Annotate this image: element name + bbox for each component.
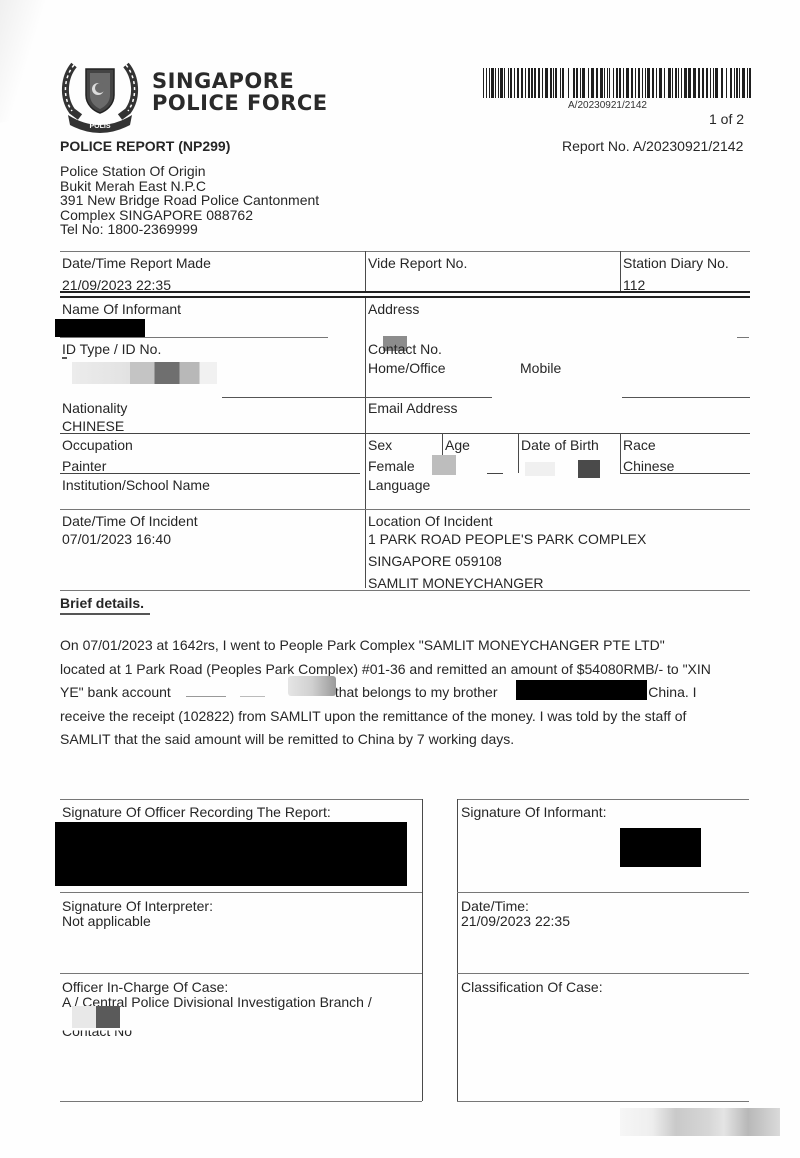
- barcode-bar: [525, 68, 526, 98]
- barcode-bar: [483, 68, 484, 98]
- incident-location-line: SAMLIT MONEYCHANGER: [368, 575, 544, 591]
- report-number: Report No. A/20230921/2142: [562, 138, 743, 154]
- interpreter-signature-label: Signature Of Interpreter:: [62, 899, 213, 914]
- redacted-brother-name: [516, 680, 647, 700]
- barcode-bar: [511, 68, 512, 98]
- incident-datetime-value: 07/01/2023 16:40: [62, 531, 171, 547]
- nationality-value: CHINESE: [62, 418, 124, 434]
- barcode-bar: [582, 68, 584, 98]
- barcode-bar: [573, 68, 575, 98]
- barcode-bar: [498, 68, 500, 98]
- divider: [487, 473, 503, 474]
- barcode-bar: [693, 68, 694, 98]
- barcode-bar: [706, 68, 708, 98]
- institution-label: Institution/School Name: [62, 477, 210, 493]
- barcode-bar: [500, 68, 502, 98]
- classification-label: Classification Of Case:: [461, 980, 603, 995]
- barcode-bar: [747, 68, 748, 98]
- divider: [737, 337, 749, 338]
- mobile-label: Mobile: [520, 360, 561, 376]
- brief-line-segment: that belongs to my brother: [335, 684, 498, 700]
- divider: [457, 799, 749, 800]
- divider: [60, 1101, 422, 1102]
- barcode-bar: [739, 68, 741, 98]
- barcode-bar: [613, 68, 614, 98]
- barcode-bar: [486, 68, 487, 98]
- barcode-bar: [609, 68, 610, 98]
- barcode-bar: [656, 68, 657, 98]
- barcode-bar: [535, 68, 536, 98]
- divider: [620, 251, 621, 293]
- barcode-bar: [623, 68, 625, 98]
- barcode: [483, 68, 753, 98]
- double-divider: [60, 296, 750, 298]
- brief-line: SAMLIT that the said amount will be remi…: [60, 728, 760, 752]
- barcode-bar: [631, 68, 633, 98]
- divider: [622, 397, 750, 398]
- brief-line-segment: YE" bank account: [60, 684, 171, 700]
- barcode-bar: [556, 68, 558, 98]
- interpreter-signature-value: Not applicable: [62, 914, 151, 929]
- account-underline: [240, 696, 265, 697]
- home-office-label: Home/Office: [368, 360, 446, 376]
- barcode-bar: [521, 68, 523, 98]
- barcode-bar: [734, 68, 735, 98]
- barcode-bar: [596, 68, 598, 98]
- brief-details-text: On 07/01/2023 at 1642rs, I went to Peopl…: [60, 634, 760, 752]
- barcode-bar: [619, 68, 621, 98]
- divider: [60, 433, 750, 434]
- form-title: POLICE REPORT (NP299): [60, 138, 230, 154]
- redacted-age: [432, 455, 456, 475]
- brand-name: SINGAPORE POLICE FORCE: [152, 70, 328, 114]
- id-fragment: [62, 357, 67, 359]
- barcode-bar: [562, 68, 564, 98]
- barcode-bar: [517, 68, 519, 98]
- station-line: Police Station Of Origin: [60, 164, 319, 179]
- barcode-bar: [730, 68, 732, 98]
- barcode-bar: [668, 68, 670, 98]
- station-diary-label: Station Diary No.: [623, 255, 729, 271]
- brand-line-2: POLICE FORCE: [152, 92, 328, 114]
- officer-signature-label: Signature Of Officer Recording The Repor…: [62, 805, 331, 820]
- divider: [518, 433, 519, 473]
- age-label: Age: [445, 437, 470, 453]
- barcode-bar: [593, 68, 595, 98]
- redacted-dob: [578, 460, 600, 478]
- barcode-bar: [742, 68, 744, 98]
- incident-location-label: Location Of Incident: [368, 513, 493, 529]
- barcode-bar: [659, 68, 661, 98]
- barcode-bar: [647, 68, 649, 98]
- barcode-bar: [715, 68, 717, 98]
- barcode-bar: [664, 68, 665, 98]
- barcode-bar: [600, 68, 602, 98]
- divider: [457, 973, 749, 974]
- brief-line: located at 1 Park Road (Peoples Park Com…: [60, 658, 760, 682]
- report-datetime-label: Date/Time Report Made: [62, 255, 211, 271]
- barcode-bar: [504, 68, 506, 98]
- barcode-bar: [675, 68, 677, 98]
- incident-datetime-label: Date/Time Of Incident: [62, 513, 198, 529]
- barcode-bar: [688, 68, 690, 98]
- barcode-bar: [726, 68, 727, 98]
- vide-report-label: Vide Report No.: [368, 255, 467, 271]
- barcode-bar: [538, 68, 540, 98]
- address-label: Address: [368, 301, 419, 317]
- barcode-bar: [607, 68, 608, 98]
- barcode-bar: [652, 68, 654, 98]
- divider: [457, 892, 749, 893]
- barcode-bar: [713, 68, 714, 98]
- brief-line: On 07/01/2023 at 1642rs, I went to Peopl…: [60, 634, 760, 658]
- barcode-bar: [686, 68, 687, 98]
- station-line: Tel No: 1800-2369999: [60, 222, 319, 237]
- occupation-value: Painter: [62, 458, 106, 474]
- incident-location-line: SINGAPORE 059108: [368, 553, 502, 569]
- id-type-label: ID Type / ID No.: [62, 341, 161, 357]
- barcode-bar: [542, 68, 543, 98]
- barcode-bar: [508, 68, 509, 98]
- svg-text:POLIS: POLIS: [89, 123, 110, 130]
- barcode-bar: [672, 68, 674, 98]
- divider: [365, 298, 366, 588]
- divider: [60, 590, 750, 591]
- divider: [60, 251, 750, 252]
- barcode-bar: [580, 68, 581, 98]
- barcode-bar: [736, 68, 738, 98]
- barcode-bar: [576, 68, 578, 98]
- signature-datetime-label: Date/Time:: [461, 899, 529, 914]
- officer-in-charge-label: Officer In-Charge Of Case:: [62, 980, 228, 995]
- dob-label: Date of Birth: [521, 437, 599, 453]
- barcode-bar: [489, 68, 491, 98]
- redacted-id-number: [72, 362, 217, 384]
- signature-datetime-value: 21/09/2023 22:35: [461, 914, 570, 929]
- barcode-bar: [588, 68, 590, 98]
- account-underline: [186, 696, 226, 697]
- divider: [60, 892, 422, 893]
- barcode-bar: [514, 68, 516, 98]
- barcode-bar: [645, 68, 646, 98]
- race-value: Chinese: [623, 458, 674, 474]
- incident-location-line: 1 PARK ROAD PEOPLE'S PARK COMPLEX: [368, 531, 646, 547]
- divider: [60, 799, 422, 800]
- language-label: Language: [368, 477, 430, 493]
- barcode-bar: [491, 68, 493, 98]
- barcode-bar: [694, 68, 696, 98]
- redacted-informant-signature: [620, 828, 701, 867]
- barcode-bar: [749, 68, 751, 98]
- barcode-bar: [616, 68, 617, 98]
- informant-name-label: Name Of Informant: [62, 301, 181, 317]
- divider: [457, 1101, 749, 1102]
- barcode-bar: [495, 68, 496, 98]
- barcode-bar: [529, 68, 530, 98]
- page-indicator: 1 of 2: [709, 111, 744, 127]
- redacted-officer-name: [72, 1006, 97, 1028]
- barcode-bar: [710, 68, 711, 98]
- divider: [60, 973, 422, 974]
- station-line: Bukit Merah East N.P.C: [60, 179, 319, 194]
- barcode-bar: [721, 68, 723, 98]
- redacted-officer-name: [96, 1006, 120, 1028]
- redacted-dob: [525, 462, 555, 476]
- redacted-informant-name: [55, 319, 145, 337]
- redacted-bank-account: [288, 676, 336, 696]
- barcode-bar: [642, 68, 643, 98]
- double-divider: [60, 291, 750, 293]
- barcode-bar: [550, 68, 552, 98]
- informant-signature-label: Signature Of Informant:: [461, 805, 607, 820]
- blurred-watermark: [620, 1108, 780, 1136]
- divider: [422, 799, 423, 1101]
- barcode-bar: [681, 68, 682, 98]
- divider: [60, 509, 750, 510]
- station-of-origin: Police Station Of Origin Bukit Merah Eas…: [60, 164, 319, 237]
- barcode-bar: [604, 68, 606, 98]
- brief-details-title: Brief details.: [60, 595, 144, 611]
- barcode-bar: [684, 68, 685, 98]
- divider: [222, 397, 492, 398]
- barcode-text: A/20230921/2142: [568, 100, 647, 111]
- divider: [620, 473, 750, 474]
- divider: [457, 799, 458, 1101]
- email-label: Email Address: [368, 400, 457, 416]
- divider: [620, 433, 621, 473]
- barcode-bar: [702, 68, 704, 98]
- barcode-bar: [638, 68, 640, 98]
- barcode-bar: [617, 68, 618, 98]
- occupation-label: Occupation: [62, 437, 133, 453]
- barcode-bar: [635, 68, 637, 98]
- sex-label: Sex: [368, 437, 392, 453]
- sex-value: Female: [368, 458, 415, 474]
- race-label: Race: [623, 437, 656, 453]
- divider: [60, 473, 360, 474]
- nationality-label: Nationality: [62, 400, 127, 416]
- barcode-bar: [553, 68, 554, 98]
- brief-line: receive the receipt (102822) from SAMLIT…: [60, 705, 760, 729]
- barcode-bar: [568, 68, 570, 98]
- divider: [60, 337, 328, 338]
- station-line: Complex SINGAPORE 088762: [60, 208, 319, 223]
- police-crest-icon: POLIS: [60, 55, 140, 135]
- redacted-officer-signature: [55, 822, 407, 886]
- brief-details-underline: [60, 613, 150, 615]
- brand-line-1: SINGAPORE: [152, 70, 328, 92]
- barcode-bar: [560, 68, 561, 98]
- brief-line: YE" bank accountthat belongs to my broth…: [60, 681, 760, 705]
- barcode-bar: [531, 68, 533, 98]
- barcode-bar: [678, 68, 679, 98]
- barcode-bar: [545, 68, 547, 98]
- barcode-bar: [698, 68, 700, 98]
- station-line: 391 New Bridge Road Police Cantonment: [60, 193, 319, 208]
- barcode-bar: [626, 68, 628, 98]
- contact-no-label: Contact No.: [368, 341, 442, 357]
- divider: [365, 251, 366, 293]
